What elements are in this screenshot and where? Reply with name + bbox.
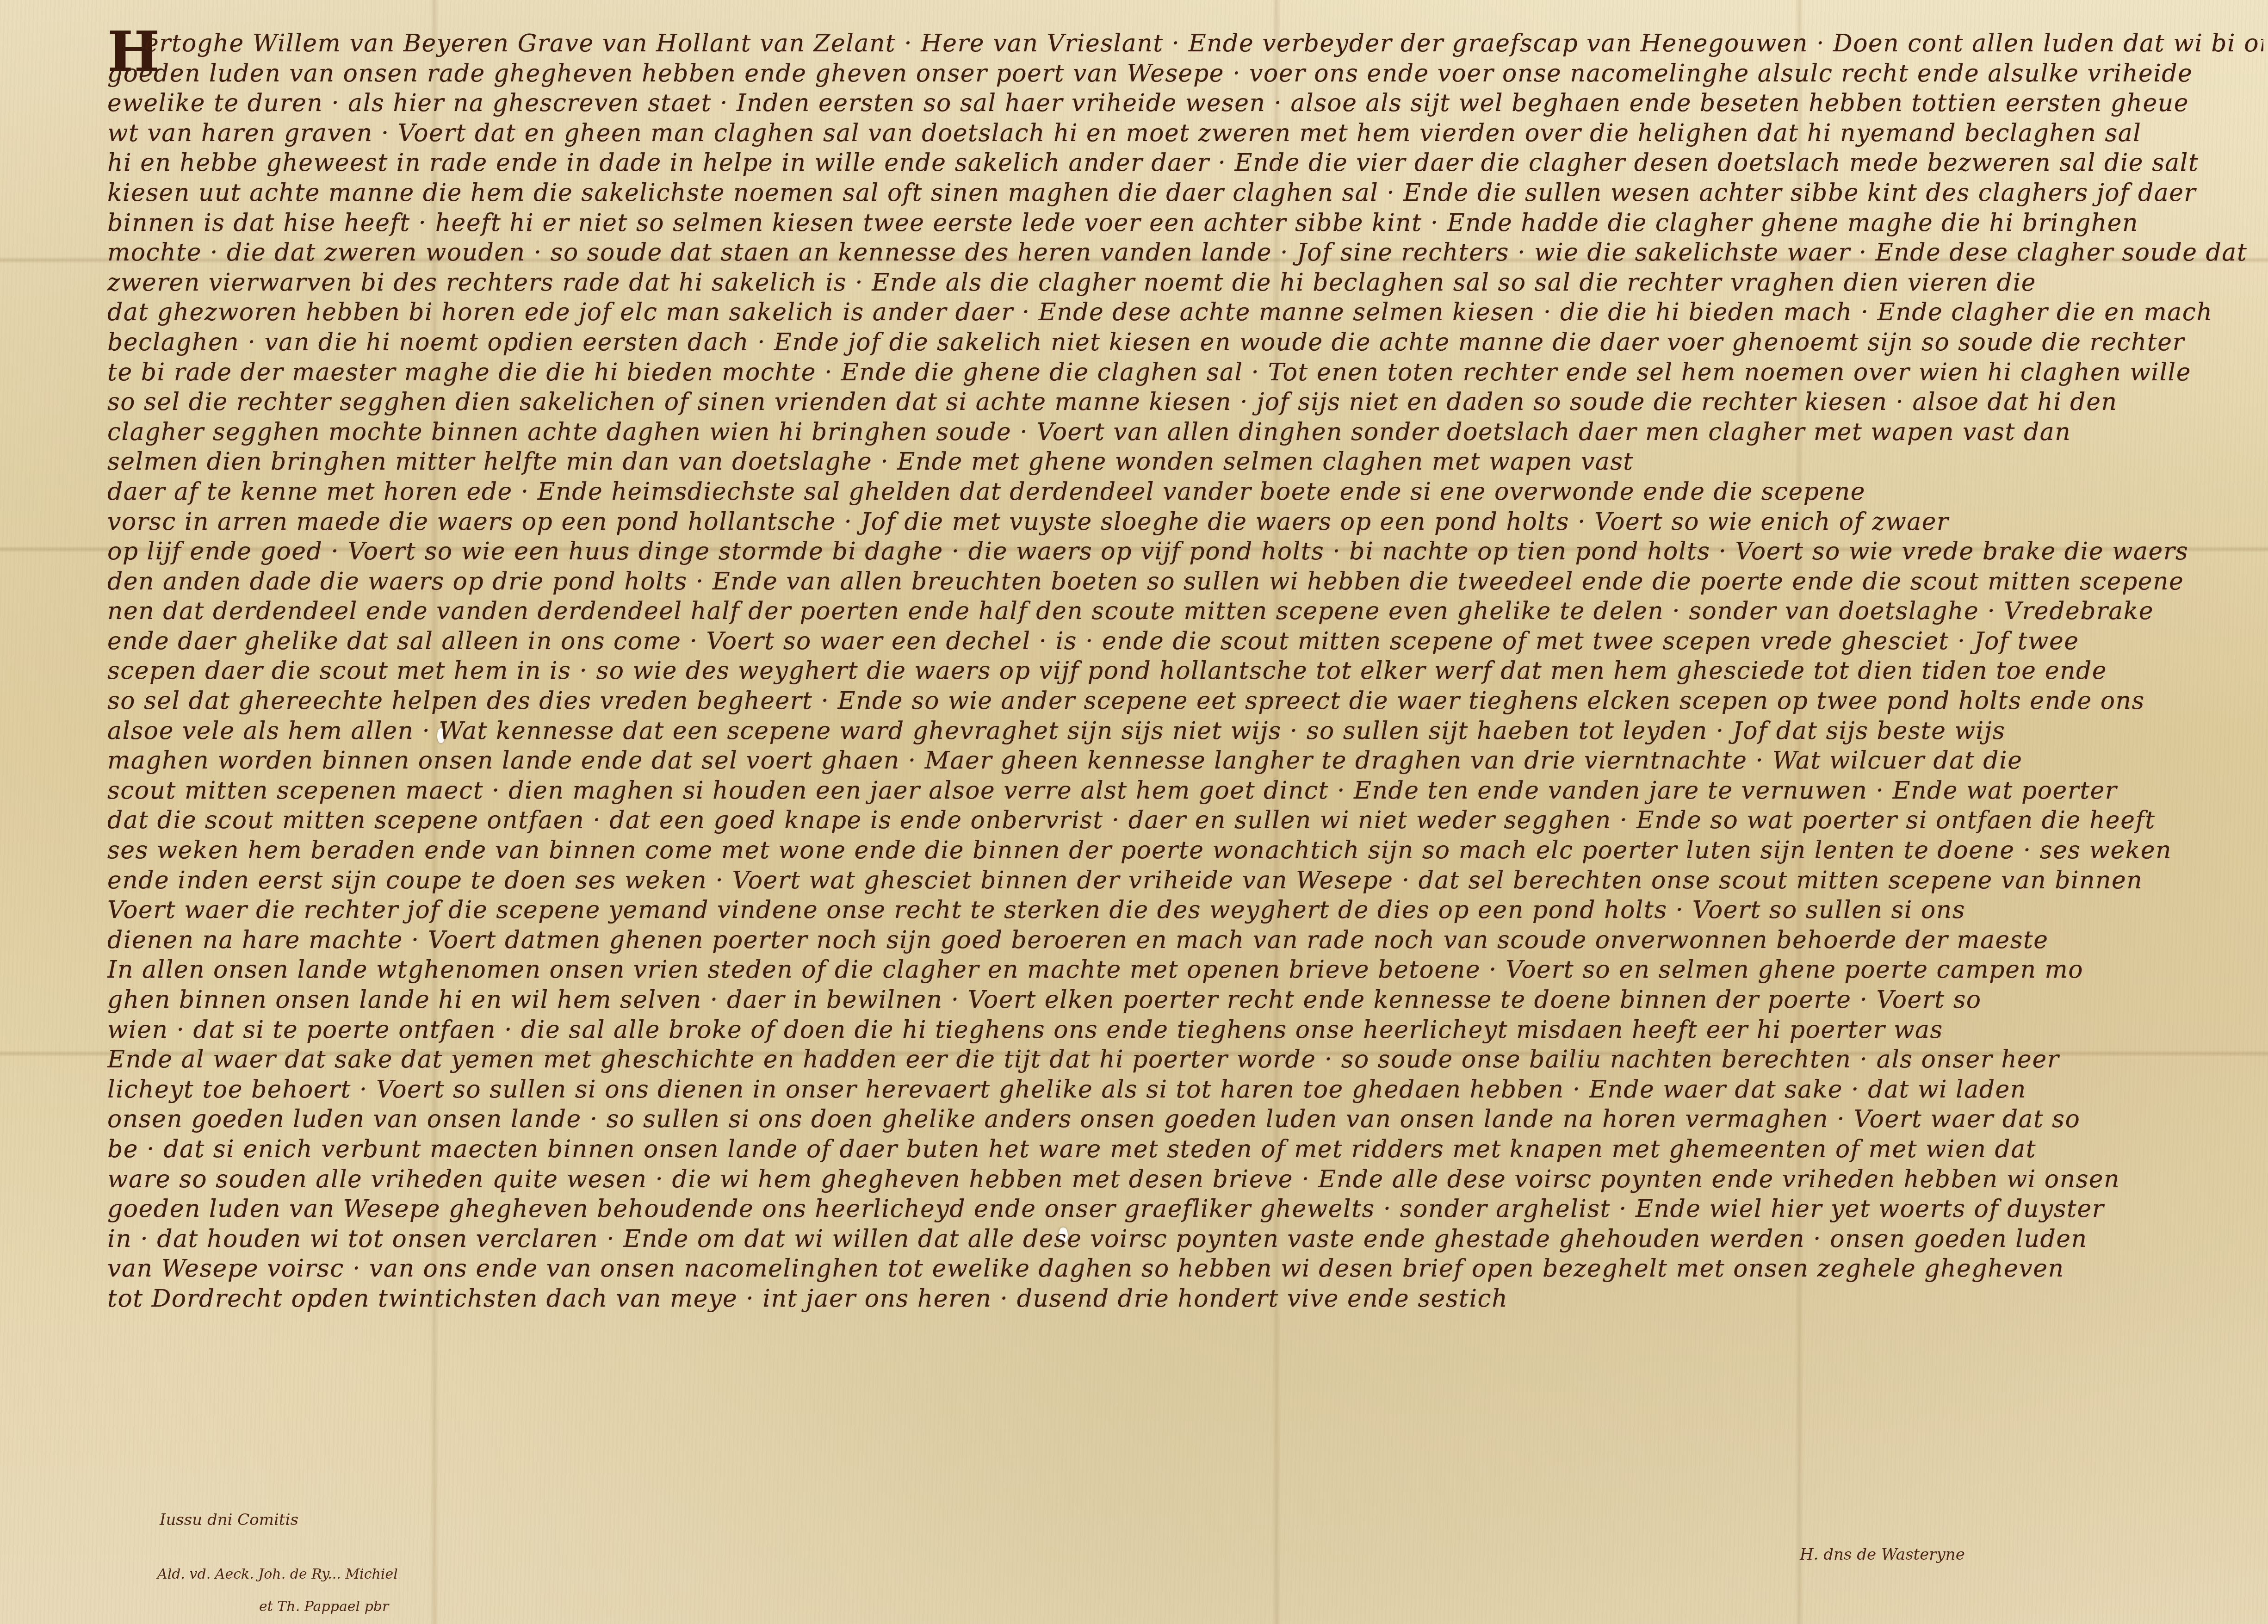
text-line: ewelike te duren · als hier na ghescreve… xyxy=(107,88,2263,118)
subscription-right: H. dns de Wasteryne xyxy=(1800,1545,1965,1564)
text-line: ware so souden alle vriheden quite wesen… xyxy=(107,1165,2263,1195)
text-line: binnen is dat hise heeft · heeft hi er n… xyxy=(107,208,2263,238)
text-line: wien · dat si te poerte ontfaen · die sa… xyxy=(107,1015,2263,1045)
text-line: scepen daer die scout met hem in is · so… xyxy=(107,656,2263,686)
text-line: kiesen uut achte manne die hem die sakel… xyxy=(107,178,2263,208)
text-line: ende daer ghelike dat sal alleen in ons … xyxy=(107,626,2263,657)
text-line: ende inden eerst sijn coupe te doen ses … xyxy=(107,866,2263,896)
text-line: wt van haren graven · Voert dat en gheen… xyxy=(107,118,2263,149)
subscription-left-3: et Th. Pappael pbr xyxy=(259,1599,389,1615)
text-line: alsoe vele als hem allen · Wat kennesse … xyxy=(107,716,2263,746)
text-line: dat ghezworen hebben bi horen ede jof el… xyxy=(107,298,2263,328)
text-line: den anden dade die waers op drie pond ho… xyxy=(107,567,2263,597)
text-line: clagher segghen mochte binnen achte dagh… xyxy=(107,417,2263,447)
text-line: goeden luden van Wesepe ghegheven behoud… xyxy=(107,1194,2263,1224)
text-line: ertoghe Willem van Beyeren Grave van Hol… xyxy=(107,29,2263,59)
text-line: be · dat si enich verbunt maecten binnen… xyxy=(107,1134,2263,1165)
text-line: Voert waer die rechter jof die scepene y… xyxy=(107,895,2263,925)
text-line: selmen dien bringhen mitter helfte min d… xyxy=(107,447,2263,477)
text-line: onsen goeden luden van onsen lande · so … xyxy=(107,1104,2263,1134)
text-line: daer af te kenne met horen ede · Ende he… xyxy=(107,477,2263,507)
text-line: vorsc in arren maede die waers op een po… xyxy=(107,507,2263,537)
text-line: zweren vierwarven bi des rechters rade d… xyxy=(107,268,2263,298)
text-line: maghen worden binnen onsen lande ende da… xyxy=(107,746,2263,776)
text-line: op lijf ende goed · Voert so wie een huu… xyxy=(107,537,2263,567)
text-line: In allen onsen lande wtghenomen onsen vr… xyxy=(107,955,2263,985)
text-line: ghen binnen onsen lande hi en wil hem se… xyxy=(107,985,2263,1015)
subscription-left-1: Iussu dni Comitis xyxy=(160,1511,298,1529)
text-line: licheyt toe behoert · Voert so sullen si… xyxy=(107,1075,2263,1105)
text-line: hi en hebbe gheweest in rade ende in dad… xyxy=(107,148,2263,178)
text-line: Ende al waer dat sake dat yemen met ghes… xyxy=(107,1045,2263,1075)
text-line: dat die scout mitten scepene ontfaen · d… xyxy=(107,806,2263,836)
text-line: van Wesepe voirsc · van ons ende van ons… xyxy=(107,1254,2263,1284)
text-line: so sel die rechter segghen dien sakelich… xyxy=(107,387,2263,417)
text-line: nen dat derdendeel ende vanden derdendee… xyxy=(107,596,2263,626)
text-line: goeden luden van onsen rade ghegheven he… xyxy=(107,59,2263,89)
text-line: scout mitten scepenen maect · dien maghe… xyxy=(107,776,2263,806)
subscription-left-2: Ald. vd. Aeck. Joh. de Ry... Michiel xyxy=(157,1566,398,1582)
text-line: dienen na hare machte · Voert datmen ghe… xyxy=(107,925,2263,955)
text-line: ses weken hem beraden ende van binnen co… xyxy=(107,836,2263,866)
charter-text: ertoghe Willem van Beyeren Grave van Hol… xyxy=(107,29,2263,1314)
text-line: mochte · die dat zweren wouden · so soud… xyxy=(107,238,2263,268)
text-line: te bi rade der maester maghe die die hi … xyxy=(107,358,2263,388)
text-line: beclaghen · van die hi noemt opdien eers… xyxy=(107,328,2263,358)
text-line: so sel dat ghereechte helpen des dies vr… xyxy=(107,686,2263,716)
text-line: in · dat houden wi tot onsen verclaren ·… xyxy=(107,1224,2263,1254)
text-line: tot Dordrecht opden twintichsten dach va… xyxy=(107,1284,2263,1314)
